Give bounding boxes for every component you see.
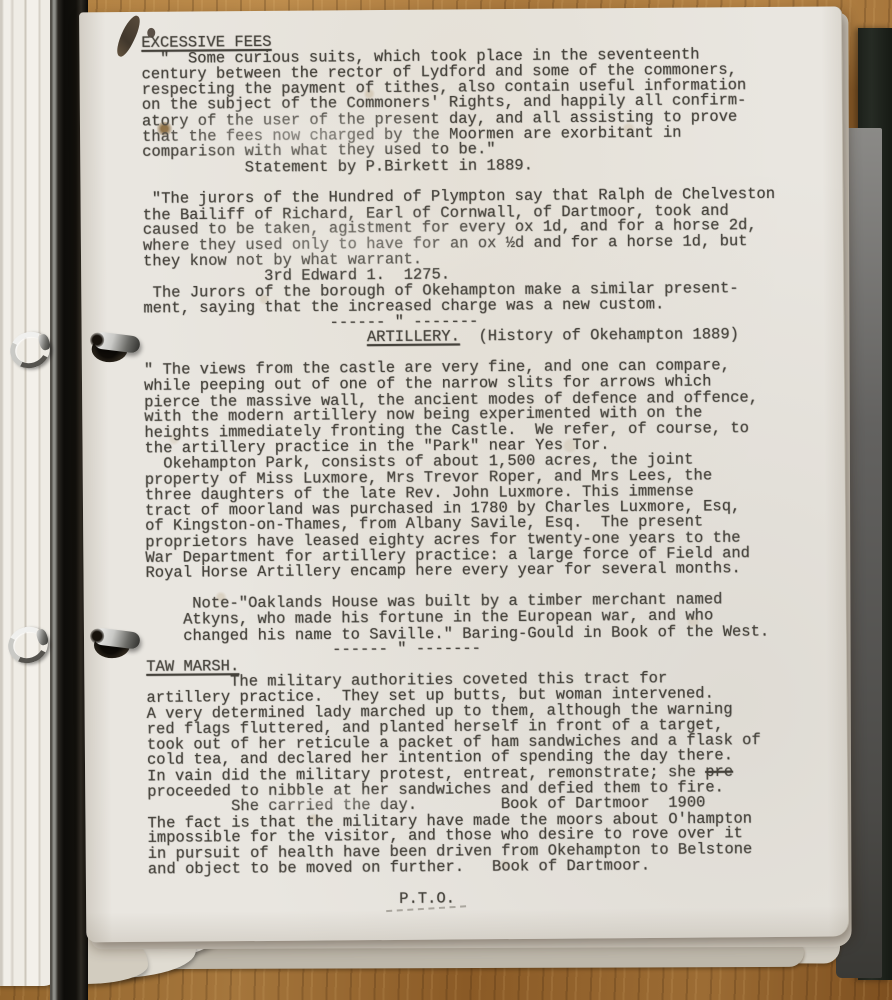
ink-fade-overlay: [136, 205, 567, 280]
ink-fade-overlay: [135, 99, 476, 168]
text-line: P.T.O.: [148, 888, 838, 909]
document-page: EXCESSIVE FEES " Some curious suits, whi…: [79, 6, 849, 942]
ink-fade-overlay: [225, 788, 435, 814]
photo-scene: EXCESSIVE FEES " Some curious suits, whi…: [0, 0, 892, 1000]
ink-stain: [112, 13, 144, 59]
